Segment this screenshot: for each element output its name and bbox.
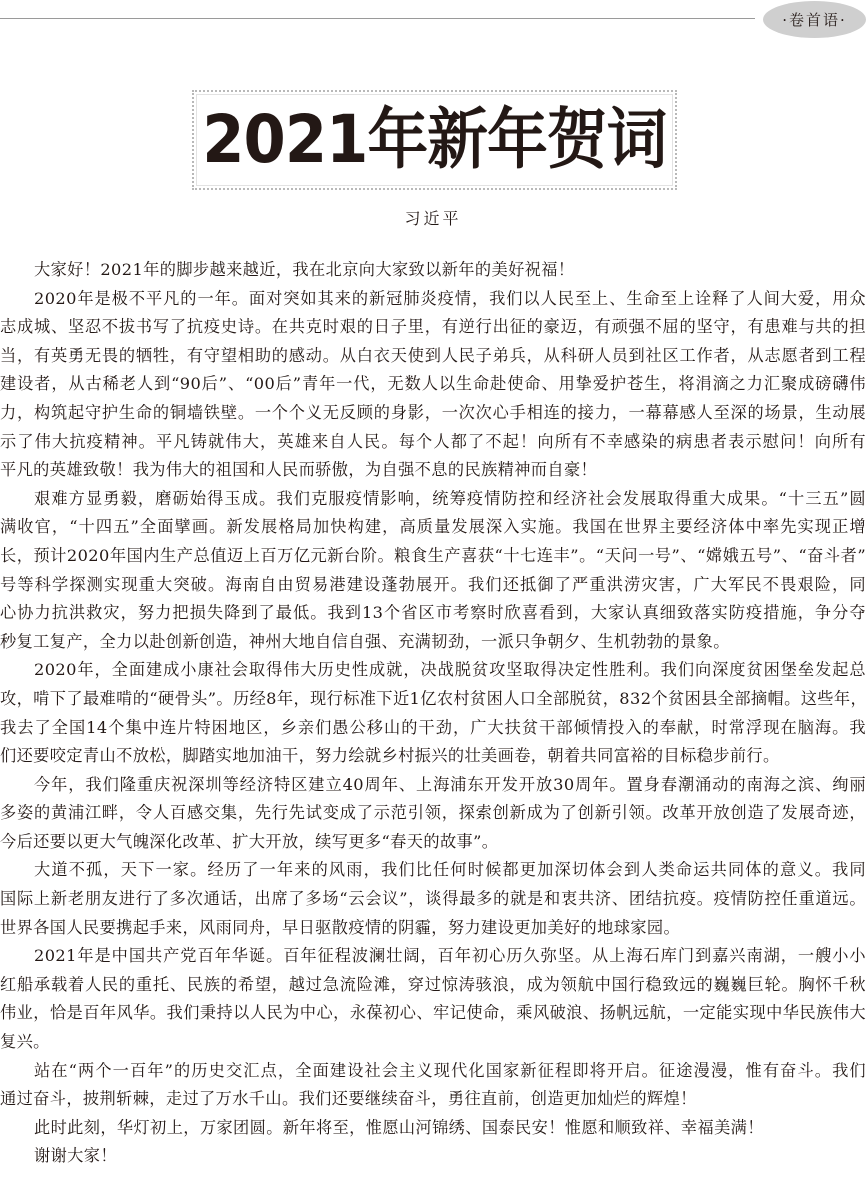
text-line: 力，构筑起守护生命的铜墙铁壁。一个个义无反顾的身影，一次次心手相连的接力，一幕幕… [0,399,866,428]
text-line: 号等科学探测实现重大突破。海南自由贸易港建设蓬勃展开。我们还抵御了严重洪涝灾害，… [0,571,866,600]
text-line: 当，有英勇无畏的牺牲，有守望相助的感动。从白衣天使到人民子弟兵，从科研人员到社区… [0,342,866,371]
text-line: 志成城、坚忍不拔书写了抗疫史诗。在共克时艰的日子里，有逆行出征的豪迈，有顽强不屈… [0,313,866,342]
section-label: ·卷首语· [782,9,847,30]
text-line: 红船承载着人民的重托、民族的希望，越过急流险滩，穿过惊涛骇浪，成为领航中国行稳致… [0,971,866,1000]
text-line: 示了伟大抗疫精神。平凡铸就伟大，英雄来自人民。每个人都了不起！向所有不幸感染的病… [0,428,866,457]
text-line: 伟业，恰是百年风华。我们秉持以人民为中心，永葆初心、牢记使命，乘风破浪、扬帆远航… [0,999,866,1028]
text-line: 长，预计2020年国内生产总值迈上百万亿元新台阶。粮食生产喜获“十七连丰”。“天… [0,542,866,571]
text-line: 复兴。 [0,1028,866,1057]
text-line: 们还要咬定青山不放松，脚踏实地加油干，努力绘就乡村振兴的壮美画卷，朝着共同富裕的… [0,742,866,771]
title-frame: 2021年新年贺词 [192,90,677,190]
text-line: 大家好！2021年的脚步越来越近，我在北京向大家致以新年的美好祝福！ [0,256,866,285]
text-line: 谢谢大家！ [0,1142,866,1171]
text-line: 我去了全国14个集中连片特困地区，乡亲们愚公移山的干劲，广大扶贫干部倾情投入的奉… [0,714,866,743]
text-line: 2021年是中国共产党百年华诞。百年征程波澜壮阔，百年初心历久弥坚。从上海石库门… [0,942,866,971]
text-line: 国际上新老朋友进行了多次通话，出席了多场“云会议”，谈得最多的就是和衷共济、团结… [0,885,866,914]
text-line: 建设者，从古稀老人到“90后”、“00后”青年一代，无数人以生命赴使命、用挚爱护… [0,370,866,399]
text-line: 满收官，“十四五”全面擘画。新发展格局加快构建，高质量发展深入实施。我国在世界主… [0,513,866,542]
text-line: 平凡的英雄致敬！我为伟大的祖国和人民而骄傲，为自强不息的民族精神而自豪！ [0,456,866,485]
text-line: 多姿的黄浦江畔，令人百感交集，先行先试变成了示范引领，探索创新成为了创新引领。改… [0,799,866,828]
text-line: 今后还要以更大气魄深化改革、扩大开放，续写更多“春天的故事”。 [0,828,866,857]
author: 习近平 [0,206,866,229]
text-line: 大道不孤，天下一家。经历了一年来的风雨，我们比任何时候都更加深切体会到人类命运共… [0,856,866,885]
text-line: 此时此刻，华灯初上，万家团圆。新年将至，惟愿山河锦绣、国泰民安！惟愿和顺致祥、幸… [0,1114,866,1143]
text-line: 通过奋斗，披荆斩棘，走过了万水千山。我们还要继续奋斗，勇往直前，创造更加灿烂的辉… [0,1085,866,1114]
text-line: 艰难方显勇毅，磨砺始得玉成。我们克服疫情影响，统筹疫情防控和经济社会发展取得重大… [0,485,866,514]
page-title: 2021年新年贺词 [202,107,666,173]
section-badge: ·卷首语· [763,1,866,38]
header-rule [0,18,755,19]
text-line: 心协力抗洪救灾，努力把损失降到了最低。我到13个省区市考察时欣喜看到，大家认真细… [0,599,866,628]
text-line: 秒复工复产，全力以赴创新创造，神州大地自信自强、充满韧劲，一派只争朝夕、生机勃勃… [0,628,866,657]
text-line: 攻，啃下了最难啃的“硬骨头”。历经8年，现行标准下近1亿农村贫困人口全部脱贫，8… [0,685,866,714]
text-line: 今年，我们隆重庆祝深圳等经济特区建立40周年、上海浦东开发开放30周年。置身春潮… [0,771,866,800]
text-line: 世界各国人民要携起手来，风雨同舟，早日驱散疫情的阴霾，努力建设更加美好的地球家园… [0,914,866,943]
text-line: 2020年，全面建成小康社会取得伟大历史性成就，决战脱贫攻坚取得决定性胜利。我们… [0,656,866,685]
text-line: 站在“两个一百年”的历史交汇点，全面建设社会主义现代化国家新征程即将开启。征途漫… [0,1057,866,1086]
text-line: 2020年是极不平凡的一年。面对突如其来的新冠肺炎疫情，我们以人民至上、生命至上… [0,285,866,314]
article-body: 大家好！2021年的脚步越来越近，我在北京向大家致以新年的美好祝福！2020年是… [0,256,866,1171]
